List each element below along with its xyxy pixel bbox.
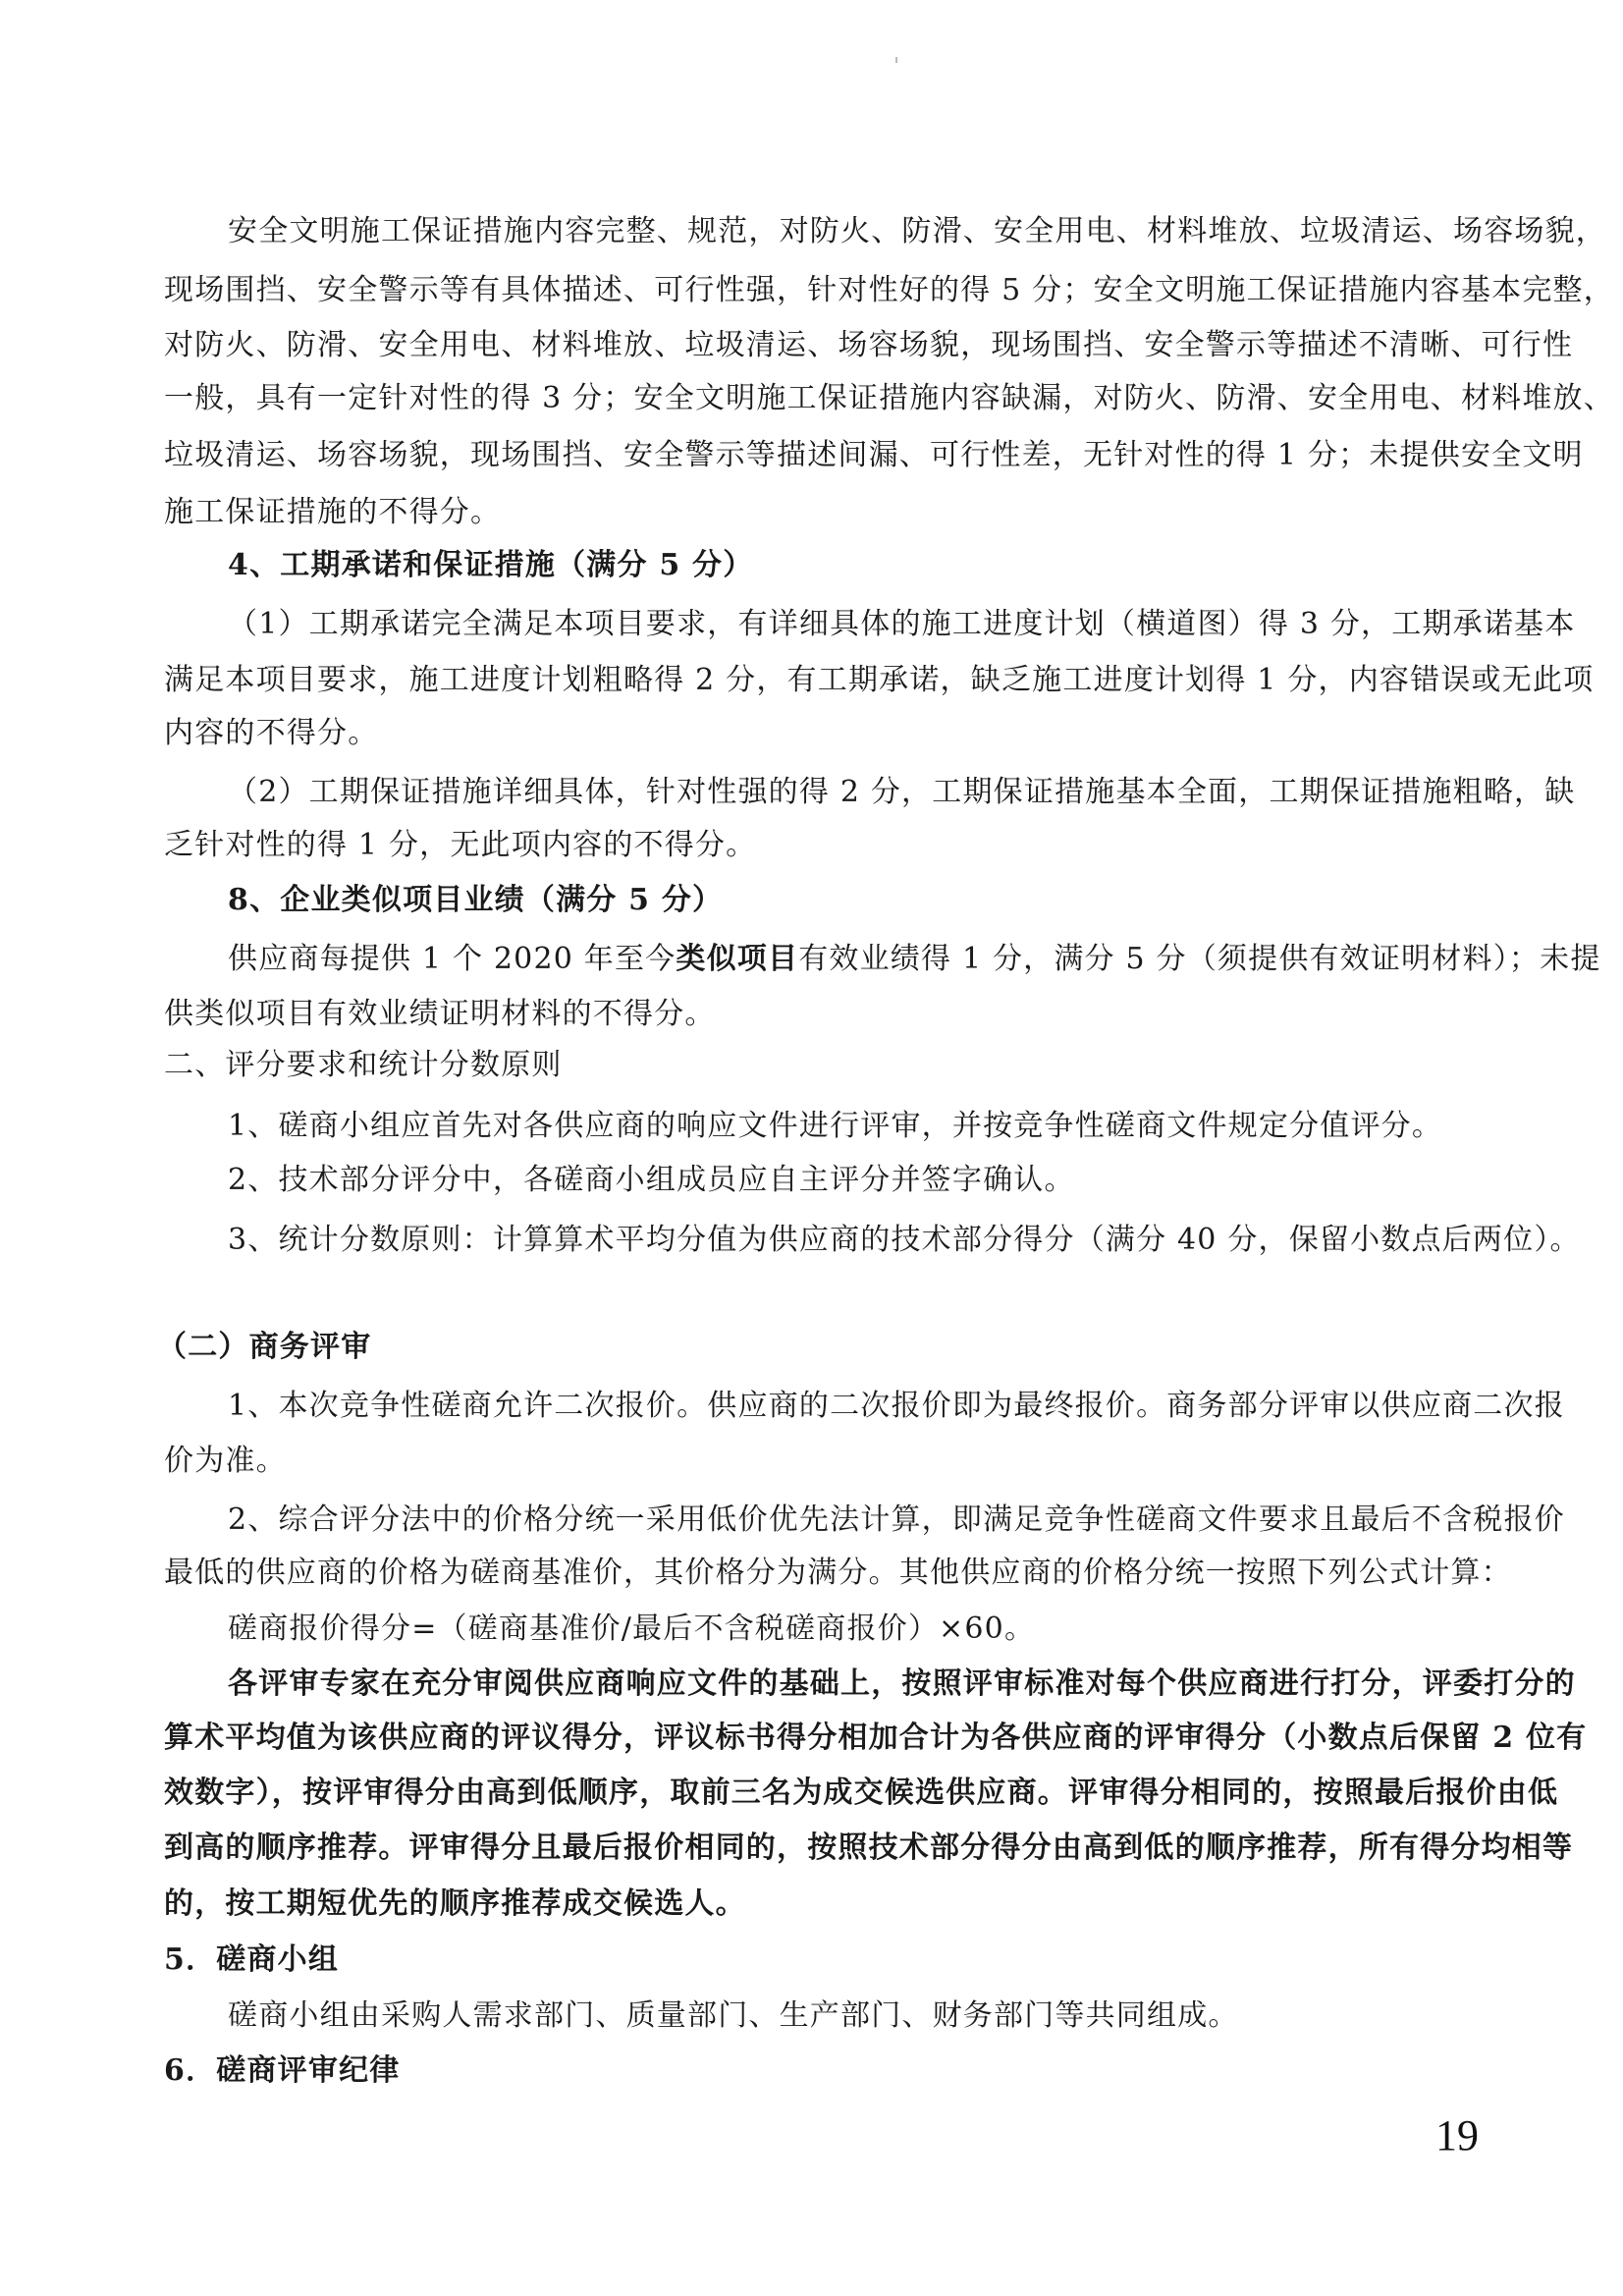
page-number: 19 bbox=[1435, 2111, 1479, 2160]
rule-item-3: 3、统计分数原则：计算算术平均分值为供应商的技术部分得分（满分 40 分，保留小… bbox=[228, 1221, 1494, 1260]
ranking-line-5: 的，按工期短优先的顺序推荐成交候选人。 bbox=[164, 1885, 1494, 1924]
section-heading-business-review: （二）商务评审 bbox=[157, 1328, 1488, 1367]
ranking-line-1: 各评审专家在充分审阅供应商响应文件的基础上，按照评审标准对每个供应商进行打分，评… bbox=[228, 1665, 1494, 1704]
business-2-line-1: 2、综合评分法中的价格分统一采用低价优先法计算，即满足竞争性磋商文件要求且最后不… bbox=[228, 1501, 1494, 1540]
safety-line-1: 安全文明施工保证措施内容完整、规范，对防火、防滑、安全用电、材料堆放、垃圾清运、… bbox=[228, 212, 1494, 251]
ranking-line-2: 算术平均值为该供应商的评议得分，评议标书得分相加合计为各供应商的评审得分（小数点… bbox=[164, 1719, 1494, 1758]
section-heading-scoring-rules: 二、评分要求和统计分数原则 bbox=[164, 1046, 1494, 1085]
performance-text-a: 供应商每提供 1 个 2020 年至今 bbox=[228, 942, 676, 976]
performance-text-b: 有效业绩得 1 分，满分 5 分（须提供有效证明材料）；未提 bbox=[798, 942, 1600, 976]
schedule-2-line-2: 乏针对性的得 1 分，无此项内容的不得分。 bbox=[164, 826, 1494, 865]
safety-line-2: 现场围挡、安全警示等有具体描述、可行性强，针对性好的得 5 分；安全文明施工保证… bbox=[164, 271, 1494, 310]
document-page: 安全文明施工保证措施内容完整、规范，对防火、防滑、安全用电、材料堆放、垃圾清运、… bbox=[0, 0, 1623, 2296]
section-heading-panel: 5．磋商小组 bbox=[164, 1941, 1494, 1980]
schedule-1-line-3: 内容的不得分。 bbox=[164, 714, 1494, 753]
safety-line-5: 垃圾清运、场容场貌，现场围挡、安全警示等描述间漏、可行性差，无针对性的得 1 分… bbox=[164, 436, 1494, 475]
schedule-1-line-1: （1）工期承诺完全满足本项目要求，有详细具体的施工进度计划（横道图）得 3 分，… bbox=[228, 605, 1494, 644]
business-1-line-1: 1、本次竞争性磋商允许二次报价。供应商的二次报价即为最终报价。商务部分评审以供应… bbox=[228, 1387, 1494, 1426]
safety-line-3: 对防火、防滑、安全用电、材料堆放、垃圾清运、场容场貌，现场围挡、安全警示等描述不… bbox=[164, 326, 1494, 365]
performance-line-2: 供类似项目有效业绩证明材料的不得分。 bbox=[164, 995, 1494, 1034]
section-heading-schedule: 4、工期承诺和保证措施（满分 5 分） bbox=[228, 546, 1494, 585]
schedule-2-line-1: （2）工期保证措施详细具体，针对性强的得 2 分，工期保证措施基本全面，工期保证… bbox=[228, 773, 1494, 812]
schedule-1-line-2: 满足本项目要求，施工进度计划粗略得 2 分，有工期承诺，缺乏施工进度计划得 1 … bbox=[164, 661, 1494, 700]
price-score-formula: 磋商报价得分=（磋商基准价/最后不含税磋商报价）×60。 bbox=[228, 1610, 1494, 1649]
section-heading-discipline: 6．磋商评审纪律 bbox=[164, 2051, 1494, 2091]
performance-text-bold: 类似项目 bbox=[676, 942, 798, 976]
performance-line-1: 供应商每提供 1 个 2020 年至今类似项目有效业绩得 1 分，满分 5 分（… bbox=[228, 940, 1494, 979]
safety-line-6: 施工保证措施的不得分。 bbox=[164, 493, 1494, 532]
rule-item-2: 2、技术部分评分中，各磋商小组成员应自主评分并签字确认。 bbox=[228, 1161, 1494, 1200]
business-2-line-2: 最低的供应商的价格为磋商基准价，其价格分为满分。其他供应商的价格分统一按照下列公… bbox=[164, 1554, 1494, 1593]
scan-speck bbox=[895, 57, 897, 63]
panel-composition: 磋商小组由采购人需求部门、质量部门、生产部门、财务部门等共同组成。 bbox=[228, 1996, 1494, 2036]
rule-item-1: 1、磋商小组应首先对各供应商的响应文件进行评审，并按竞争性磋商文件规定分值评分。 bbox=[228, 1107, 1494, 1146]
ranking-line-4: 到高的顺序推荐。评审得分且最后报价相同的，按照技术部分得分由高到低的顺序推荐，所… bbox=[164, 1829, 1494, 1868]
section-heading-performance: 8、企业类似项目业绩（满分 5 分） bbox=[228, 881, 1494, 920]
safety-line-4: 一般，具有一定针对性的得 3 分；安全文明施工保证措施内容缺漏，对防火、防滑、安… bbox=[164, 379, 1494, 418]
ranking-line-3: 效数字），按评审得分由高到低顺序，取前三名为成交候选供应商。评审得分相同的，按照… bbox=[164, 1774, 1494, 1813]
business-1-line-2: 价为准。 bbox=[164, 1442, 1494, 1481]
